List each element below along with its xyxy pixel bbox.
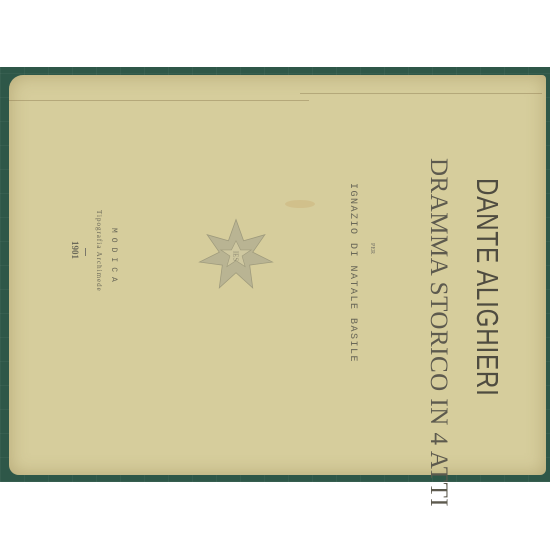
imprint-city: MODICA <box>109 228 118 287</box>
book-subtitle: DRAMMA STORICO IN 4 ATTI <box>424 158 452 507</box>
cover-crease <box>9 100 309 101</box>
imprint-rule <box>85 248 86 256</box>
star-emblem-icon: IES <box>198 218 274 294</box>
imprint-publisher: Tipografia Archimede <box>95 210 103 292</box>
cover-crease <box>300 93 542 94</box>
imprint-year: 1901 <box>70 241 80 259</box>
svg-text:IES: IES <box>232 251 239 261</box>
book-title: DANTE ALIGHIERI <box>469 178 505 397</box>
author-name: IGNAZIO DI NATALE BASILE <box>347 183 358 363</box>
paper-stain <box>285 200 315 208</box>
by-line: PER <box>369 243 375 254</box>
book-cover <box>9 75 546 475</box>
